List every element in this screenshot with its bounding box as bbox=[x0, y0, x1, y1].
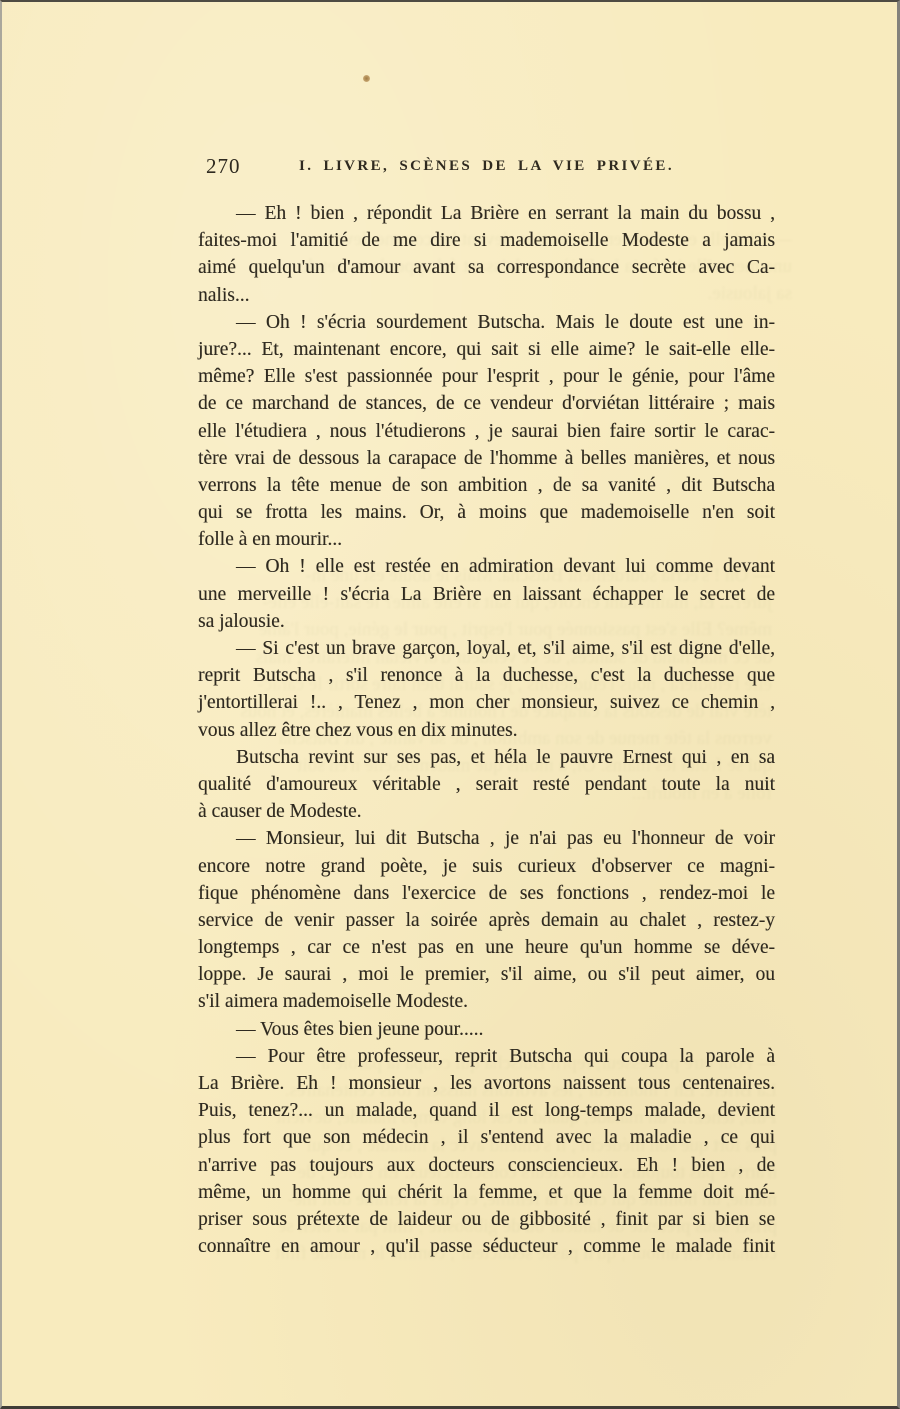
page-scan: — Oh ! elle est restée en admiration dev… bbox=[0, 0, 900, 1409]
paragraph: Butscha revint sur ses pas, et héla le p… bbox=[198, 744, 775, 826]
paragraph: — Pour être professeur, reprit Butscha q… bbox=[198, 1043, 775, 1261]
running-header: 270 I. LIVRE, SCÈNES DE LA VIE PRIVÉE. bbox=[198, 154, 775, 184]
text-block: 270 I. LIVRE, SCÈNES DE LA VIE PRIVÉE. —… bbox=[198, 154, 775, 1260]
running-title: I. LIVRE, SCÈNES DE LA VIE PRIVÉE. bbox=[198, 158, 775, 175]
ink-speck bbox=[363, 75, 370, 82]
paragraph: — Si c'est un brave garçon, loyal, et, s… bbox=[198, 635, 775, 744]
body-text: — Eh ! bien , répondit La Brière en serr… bbox=[198, 200, 775, 1260]
paragraph: — Eh ! bien , répondit La Brière en serr… bbox=[198, 200, 775, 309]
paragraph: — Monsieur, lui dit Butscha , je n'ai pa… bbox=[198, 825, 775, 1015]
paragraph: — Oh ! s'écria sourdement Butscha. Mais … bbox=[198, 309, 775, 554]
paragraph: — Oh ! elle est restée en admiration dev… bbox=[198, 553, 775, 635]
paragraph: — Vous êtes bien jeune pour..... bbox=[198, 1016, 775, 1043]
